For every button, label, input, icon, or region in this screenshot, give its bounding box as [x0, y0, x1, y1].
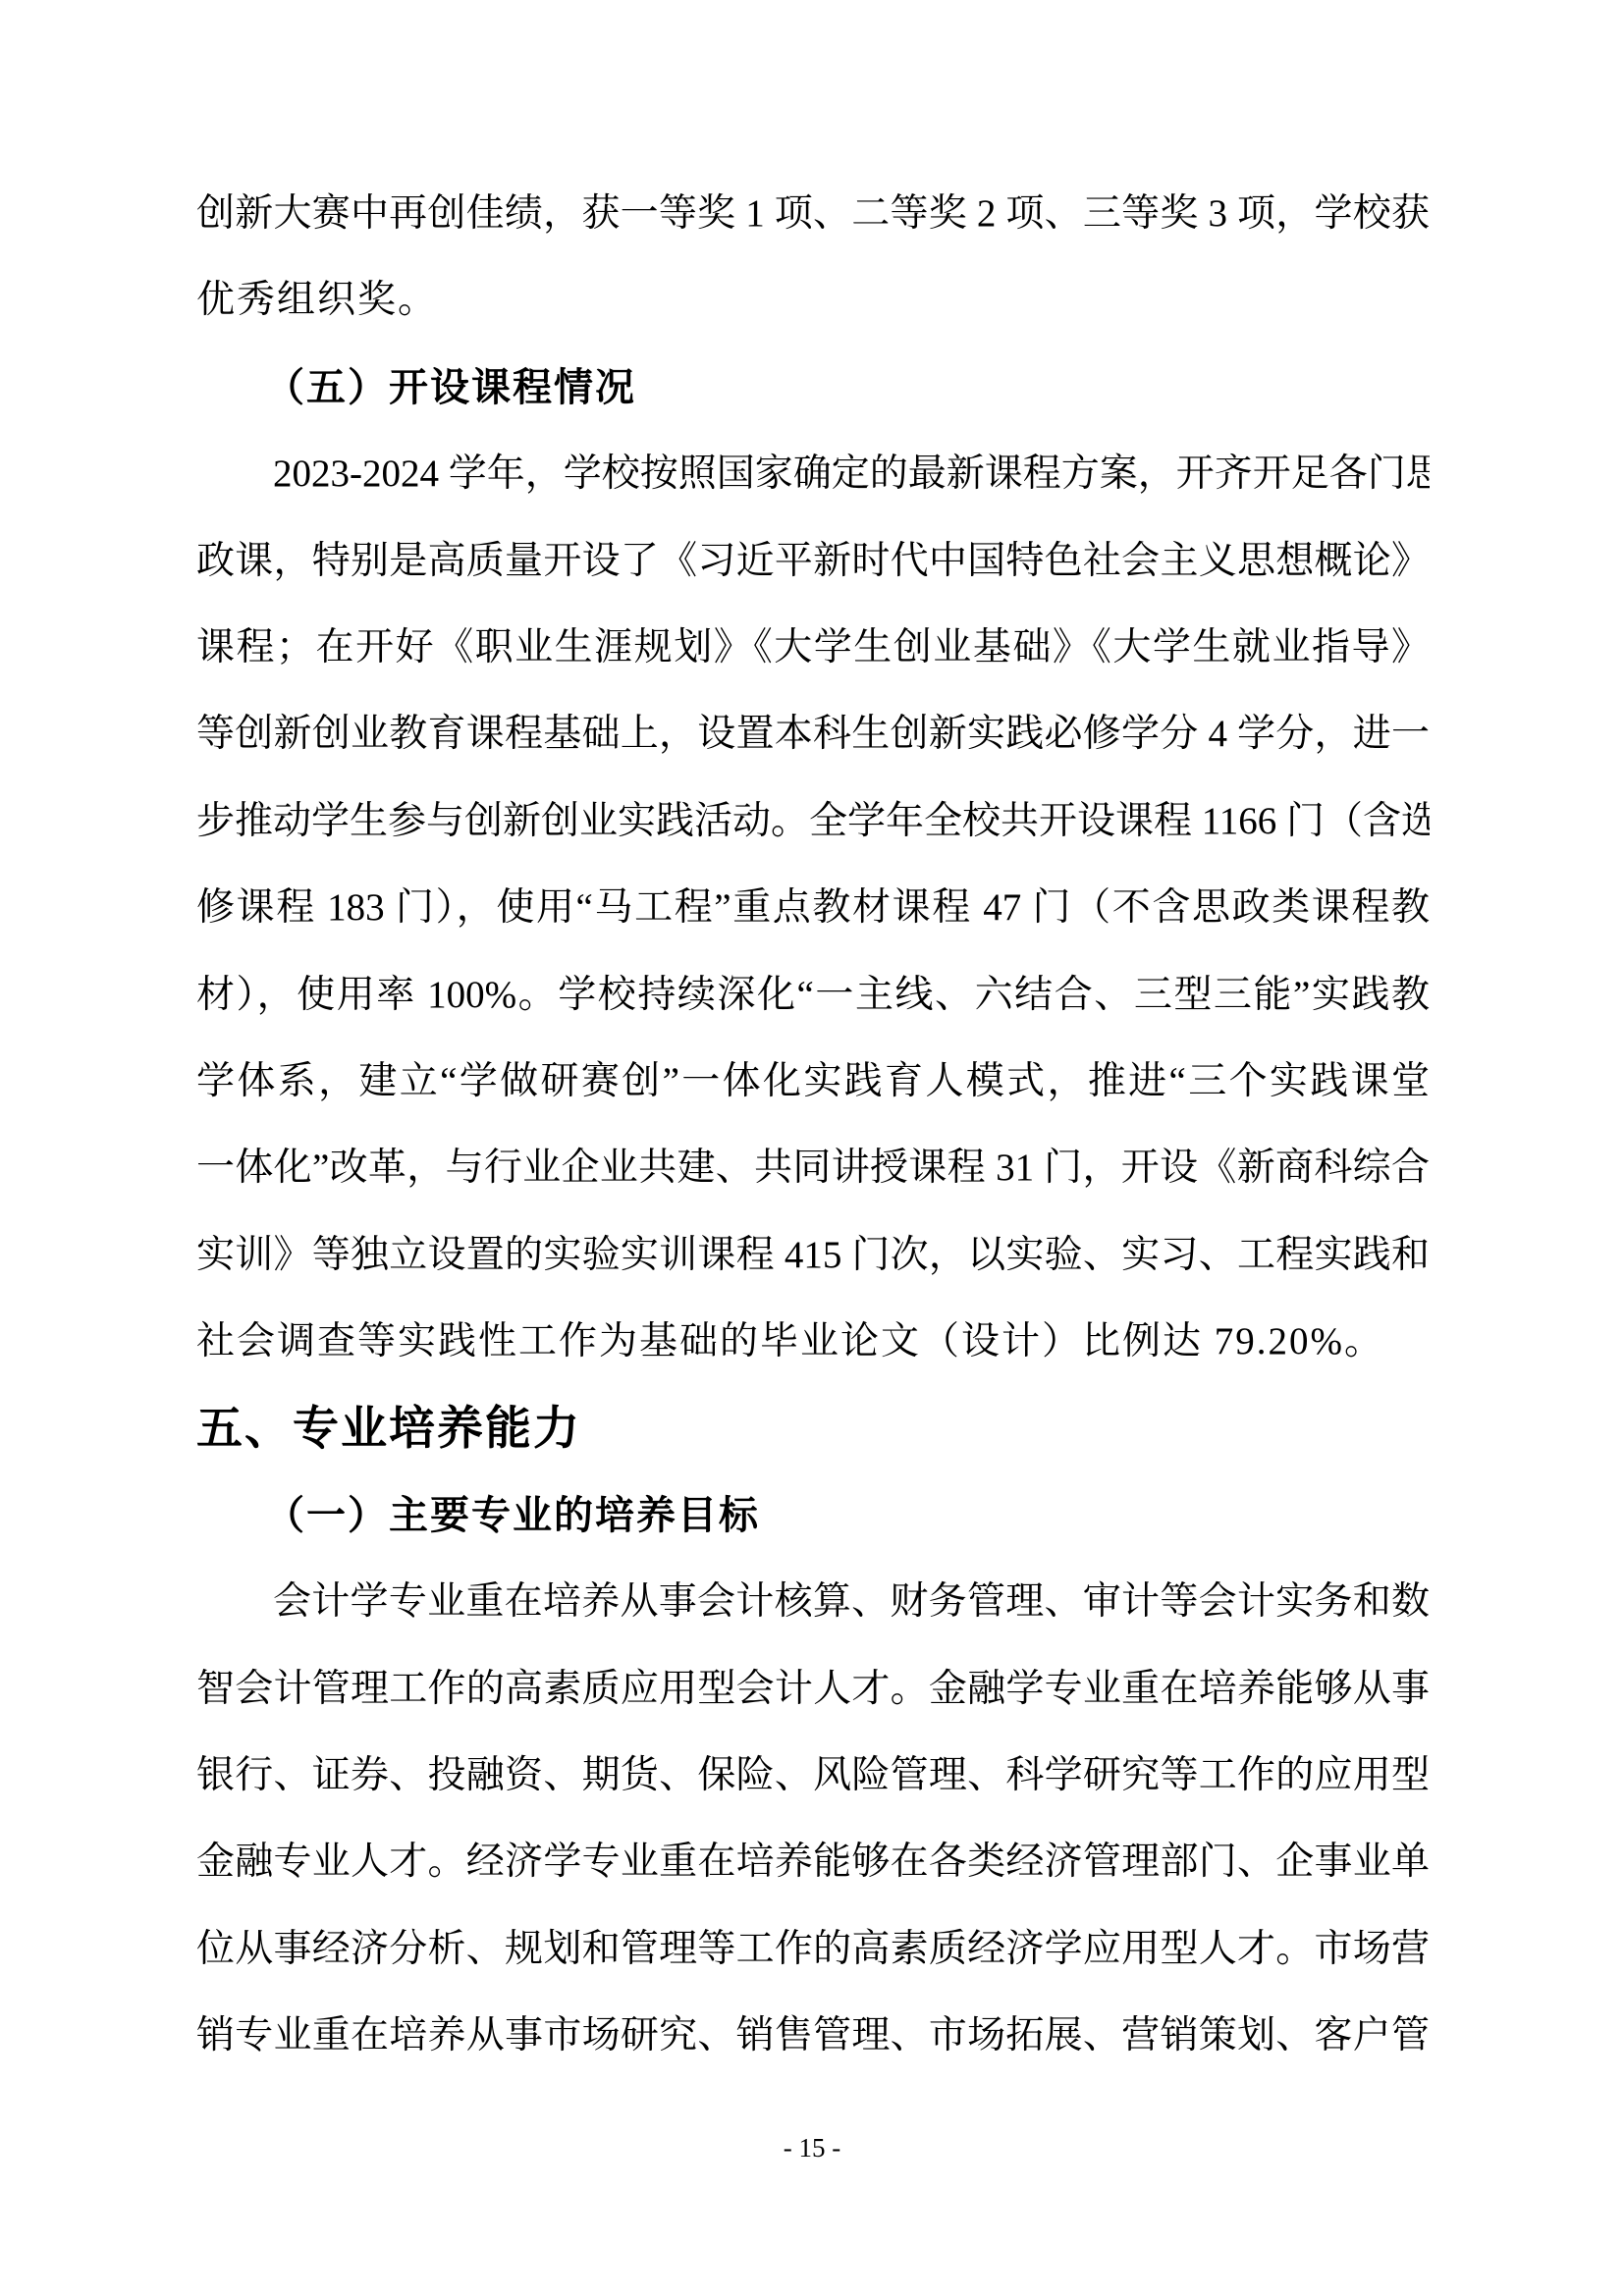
paragraph-first-line: 2023-2024 学年，学校按照国家确定的最新课程方案，开齐开足各门思 — [196, 431, 1430, 517]
body-line: 步推动学生参与创新创业实践活动。全学年全校共开设课程 1166 门（含选 — [196, 778, 1430, 865]
chapter-heading: 五、专业培养能力 — [196, 1385, 1430, 1471]
body-line: 课程；在开好《职业生涯规划》《大学生创业基础》《大学生就业指导》 — [196, 605, 1430, 691]
page-footer: - 15 - — [0, 2126, 1624, 2169]
paragraph-end-line: 优秀组织奖。 — [196, 257, 1430, 344]
body-line: 银行、证券、投融资、期货、保险、风险管理、科学研究等工作的应用型 — [196, 1733, 1430, 1819]
body-line: 创新大赛中再创佳绩，获一等奖 1 项、二等奖 2 项、三等奖 3 项，学校获 — [196, 171, 1430, 257]
page-body: 创新大赛中再创佳绩，获一等奖 1 项、二等奖 2 项、三等奖 3 项，学校获 优… — [196, 171, 1430, 2080]
body-line: 材），使用率 100%。学校持续深化“一主线、六结合、三型三能”实践教 — [196, 952, 1430, 1039]
subsection-heading: （一）主要专业的培养目标 — [196, 1472, 1430, 1559]
subsection-heading: （五）开设课程情况 — [196, 345, 1430, 431]
body-line: 学体系，建立“学做研赛创”一体化实践育人模式，推进“三个实践课堂 — [196, 1039, 1430, 1125]
body-line: 智会计管理工作的高素质应用型会计人才。金融学专业重在培养能够从事 — [196, 1646, 1430, 1733]
body-line: 一体化”改革，与行业企业共建、共同讲授课程 31 门，开设《新商科综合 — [196, 1125, 1430, 1211]
body-line: 金融专业人才。经济学专业重在培养能够在各类经济管理部门、企事业单 — [196, 1819, 1430, 1905]
body-line: 销专业重在培养从事市场研究、销售管理、市场拓展、营销策划、客户管 — [196, 1993, 1430, 2079]
body-line: 位从事经济分析、规划和管理等工作的高素质经济学应用型人才。市场营 — [196, 1906, 1430, 1993]
page-number: - 15 - — [784, 2133, 840, 2163]
body-line: 修课程 183 门），使用“马工程”重点教材课程 47 门（不含思政类课程教 — [196, 865, 1430, 951]
paragraph-end-line: 社会调查等实践性工作为基础的毕业论文（设计）比例达 79.20%。 — [196, 1299, 1430, 1385]
document-page: 创新大赛中再创佳绩，获一等奖 1 项、二等奖 2 项、三等奖 3 项，学校获 优… — [0, 0, 1624, 2296]
body-line: 实训》等独立设置的实验实训课程 415 门次，以实验、实习、工程实践和 — [196, 1212, 1430, 1299]
paragraph-first-line: 会计学专业重在培养从事会计核算、财务管理、审计等会计实务和数 — [196, 1559, 1430, 1645]
body-line: 政课，特别是高质量开设了《习近平新时代中国特色社会主义思想概论》 — [196, 518, 1430, 605]
body-line: 等创新创业教育课程基础上，设置本科生创新实践必修学分 4 学分，进一 — [196, 691, 1430, 777]
